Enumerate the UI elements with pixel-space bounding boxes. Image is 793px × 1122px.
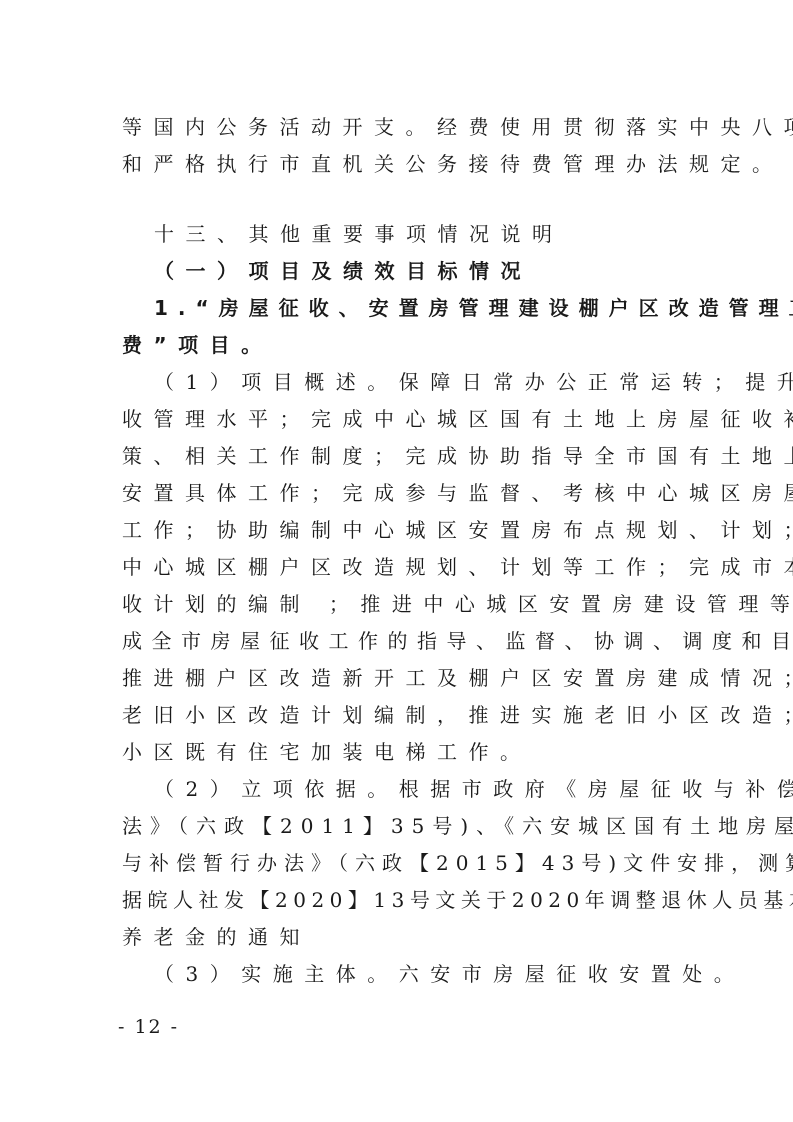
body-text-line: 中心城区棚户区改造规划、计划等工作；完成市本级房屋征 (122, 554, 674, 580)
body-text-line: 和严格执行市直机关公务接待费管理办法规定。 (122, 151, 674, 177)
page-number: - 12 - (118, 1016, 179, 1038)
section-heading: 十三、其他重要事项情况说明 (154, 221, 674, 247)
paragraph-basis: （2）立项依据。根据市政府《房屋征收与补偿暂行办 (154, 776, 674, 802)
body-text-line: 老旧小区改造计划编制，推进实施老旧小区改造；推进老旧 (122, 702, 674, 728)
body-text-line: 与补偿暂行办法》（六政【2015】43号)文件安排，测算依 (122, 850, 674, 876)
project-title-line: 费”项目。 (122, 332, 674, 358)
body-text-line: 推进棚户区改造新开工及棚户区安置房建成情况；完成城镇 (122, 665, 674, 691)
body-text-line: 等国内公务活动开支。经费使用贯彻落实中央八项规定精神 (122, 114, 674, 140)
body-text-line: 成全市房屋征收工作的指导、监督、协调、调度和目标考核； (122, 628, 674, 654)
body-text-line: 小区既有住宅加装电梯工作。 (122, 739, 674, 765)
document-page: 等国内公务活动开支。经费使用贯彻落实中央八项规定精神 和严格执行市直机关公务接待… (0, 0, 793, 1122)
paragraph-overview: （1）项目概述。保障日常办公正常运转；提升房屋征 (154, 369, 674, 395)
body-text-line: 养老金的通知 (122, 924, 674, 950)
body-text-line: 工作；协助编制中心城区安置房布点规划、计划；协助编制 (122, 517, 674, 543)
body-text-line: 法》（六政【2011】35号)、《六安城区国有土地房屋征收 (122, 813, 674, 839)
body-text-line: 策、相关工作制度；完成协助指导全市国有土地上房屋征收 (122, 443, 674, 469)
project-title-line: 1.“房屋征收、安置房管理建设棚户区改造管理工作经 (154, 295, 674, 321)
body-text-line: 安置具体工作；完成参与监督、考核中心城区房屋征收安置 (122, 480, 674, 506)
body-text-line: 据皖人社发【2020】13号文关于2020年调整退休人员基本 (122, 887, 674, 913)
body-text-line: 收管理水平；完成中心城区国有土地上房屋征收补偿安置政 (122, 406, 674, 432)
subsection-heading: （一）项目及绩效目标情况 (154, 258, 674, 284)
body-text-line: 收计划的编制 ；推进中心城区安置房建设管理等工作；完 (122, 591, 674, 617)
paragraph-implementer: （3）实施主体。六安市房屋征收安置处。 (154, 961, 674, 987)
